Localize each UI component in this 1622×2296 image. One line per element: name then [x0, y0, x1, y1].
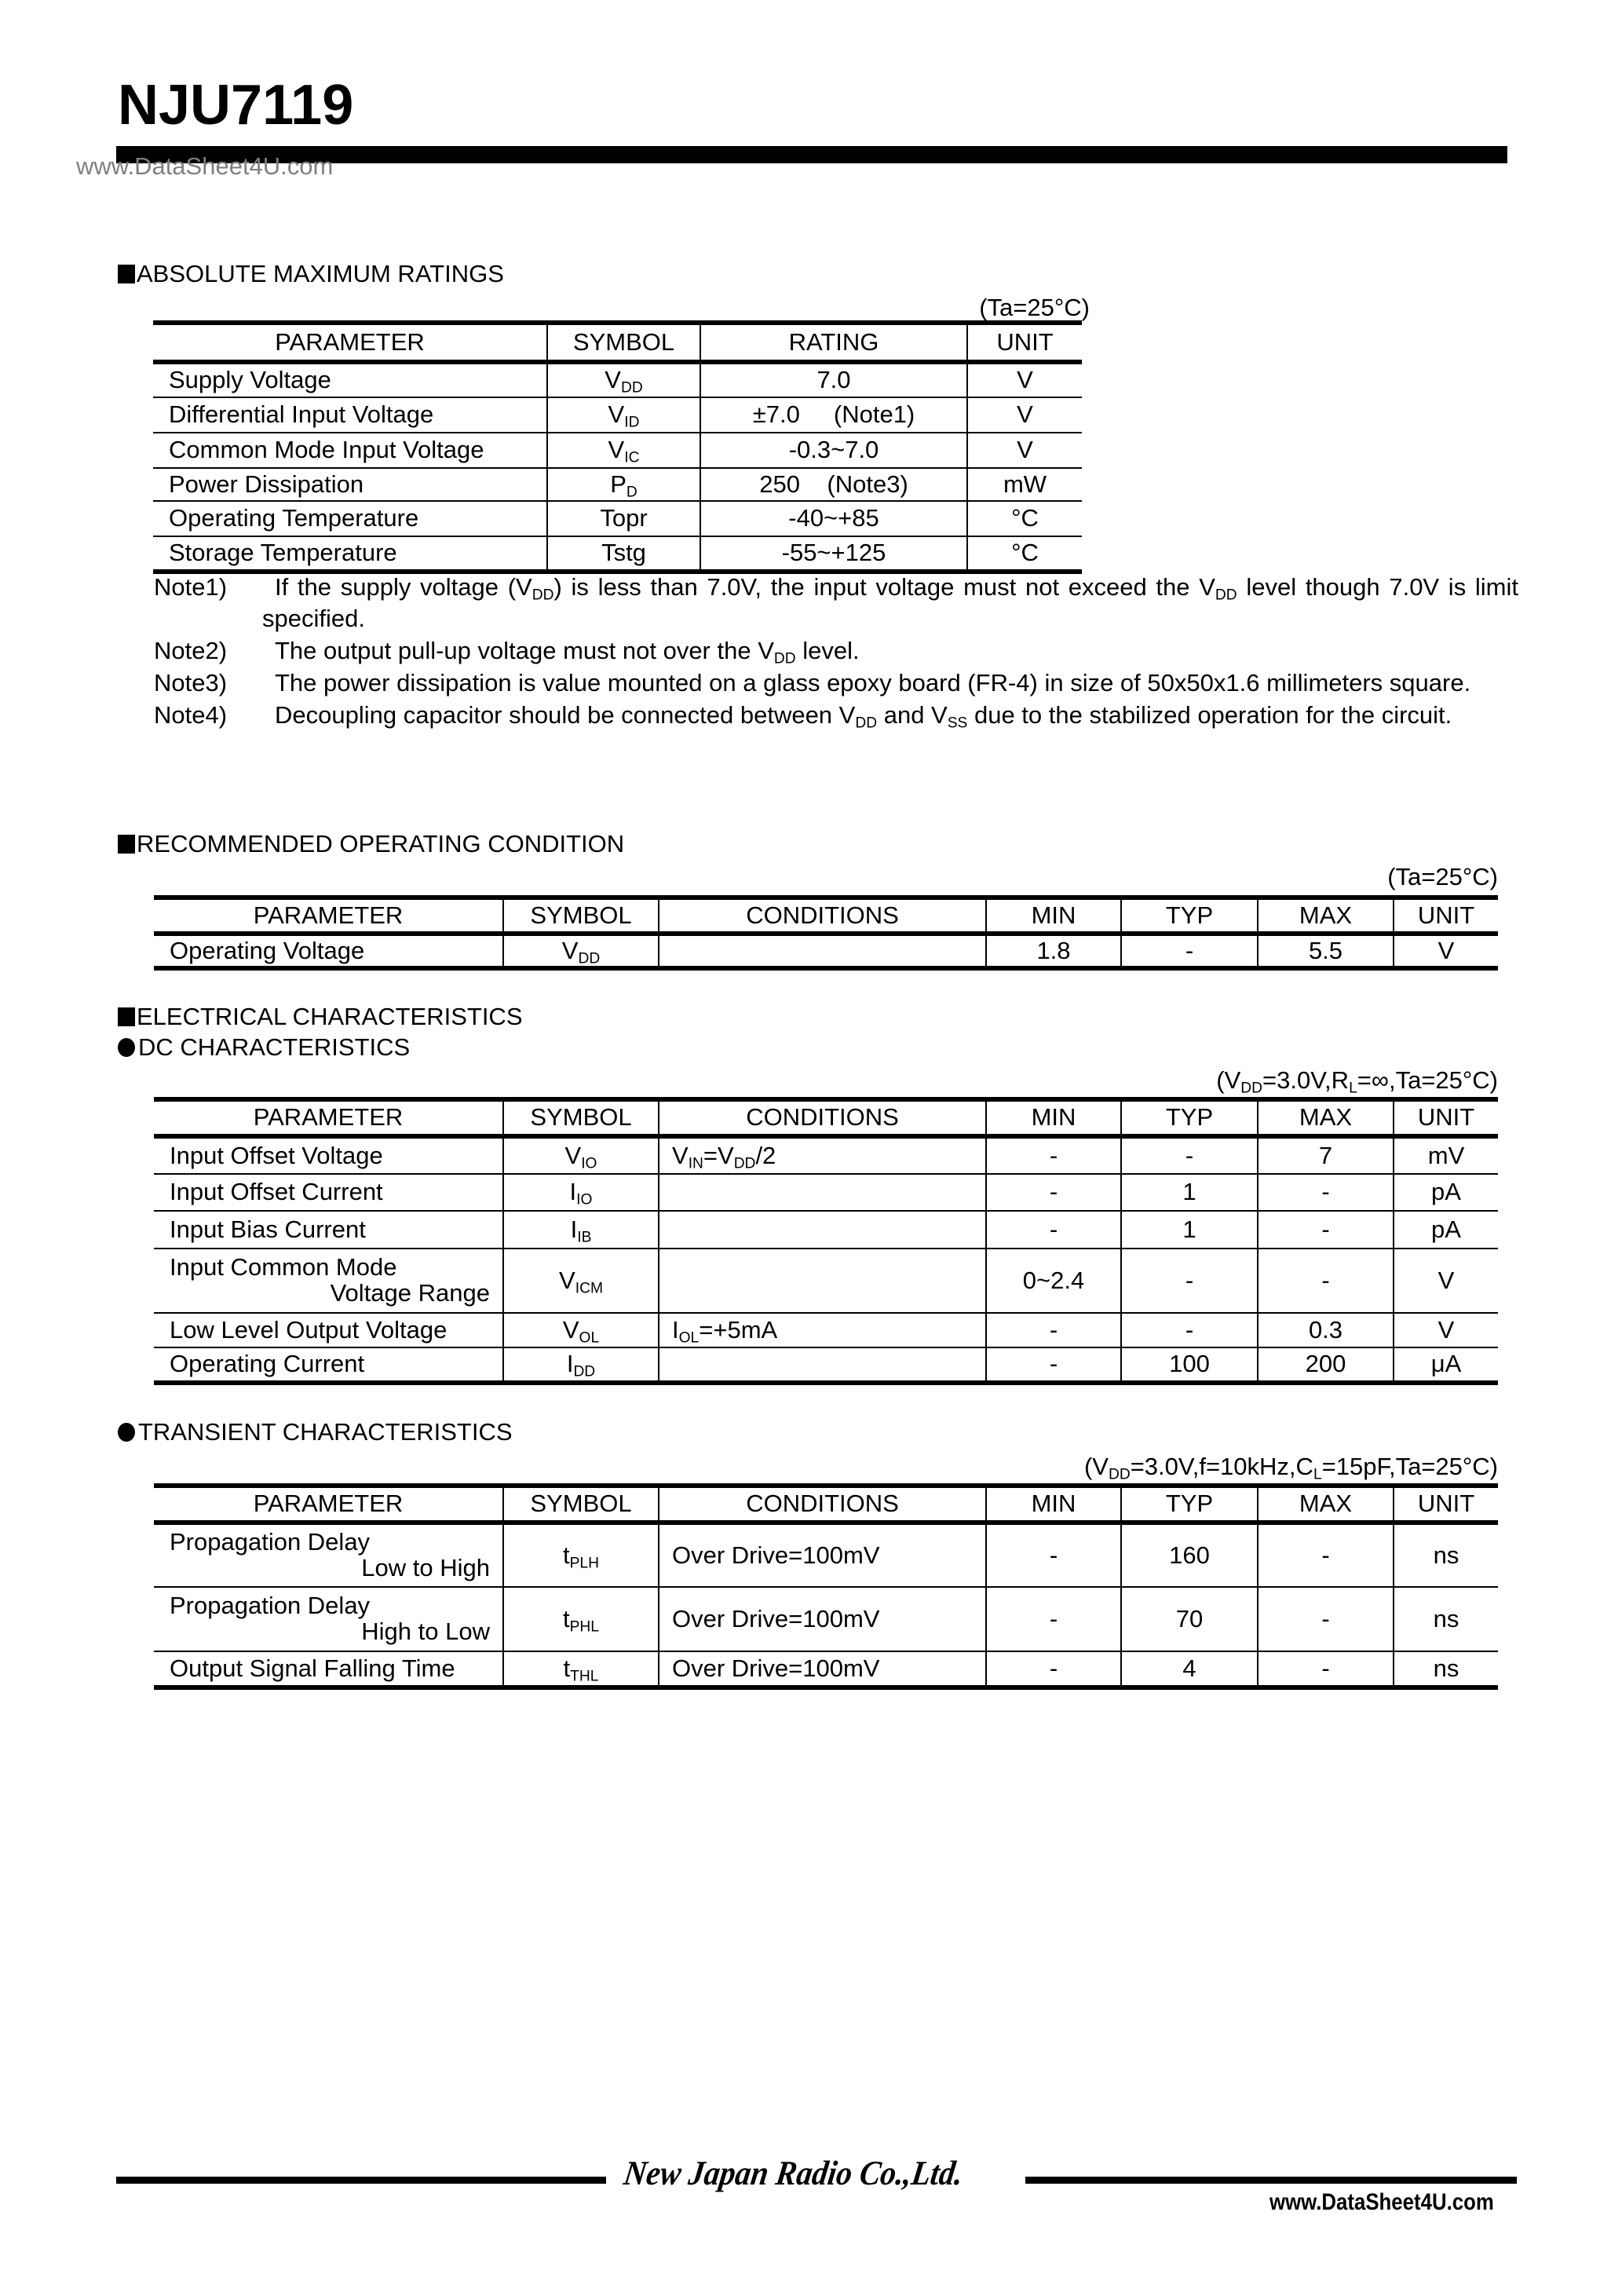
recommended-operating-table: PARAMETERSYMBOLCONDITIONSMINTYPMAXUNIT O… — [154, 895, 1498, 971]
unit-cell: V — [1394, 934, 1498, 968]
note-item: Note3)The power dissipation is value mou… — [154, 667, 1518, 699]
typ-cell: 100 — [1121, 1347, 1258, 1383]
column-header: CONDITIONS — [659, 1486, 986, 1523]
parameter-line: Input Common Mode — [170, 1255, 502, 1281]
section-heading-text: ELECTRICAL CHARACTERISTICS — [137, 1003, 523, 1030]
absolute-max-ratings-table: PARAMETERSYMBOLRATINGUNIT Supply Voltage… — [153, 320, 1082, 574]
conditions-cell — [659, 934, 986, 968]
table-row: Input Common ModeVoltage RangeVICM0~2.4-… — [154, 1249, 1498, 1313]
section-heading-transient: TRANSIENT CHARACTERISTICS — [118, 1420, 513, 1444]
unit-cell: ns — [1394, 1523, 1498, 1587]
note-text: The power dissipation is value mounted o… — [262, 667, 1518, 699]
symbol-cell: VDD — [547, 362, 700, 397]
symbol-cell: IIO — [503, 1174, 659, 1211]
table-row: Power DissipationPD250 (Note3)mW — [153, 468, 1082, 501]
symbol-cell: VICM — [503, 1249, 659, 1313]
square-bullet-icon — [118, 835, 135, 854]
note-label: Note1) — [154, 572, 227, 603]
symbol-cell: VID — [547, 397, 700, 433]
note-label: Note3) — [154, 667, 227, 699]
column-header: RATING — [700, 323, 967, 362]
max-cell: - — [1258, 1249, 1394, 1313]
note-label: Note4) — [154, 700, 227, 731]
circle-bullet-icon — [118, 1423, 135, 1442]
watermark-link[interactable]: www.DataSheet4U.com — [76, 154, 333, 178]
symbol-cell: tPLH — [503, 1523, 659, 1587]
max-cell: 200 — [1258, 1347, 1394, 1383]
column-header: SYMBOL — [503, 1486, 659, 1523]
section-heading-text: RECOMMENDED OPERATING CONDITION — [137, 830, 624, 857]
column-header: PARAMETER — [154, 898, 503, 934]
typ-cell: - — [1121, 1313, 1258, 1347]
max-cell: 5.5 — [1258, 934, 1394, 968]
notes-block: Note1)If the supply voltage (VDD) is les… — [154, 572, 1518, 732]
min-cell: - — [986, 1347, 1121, 1383]
note-text: Decoupling capacitor should be connected… — [262, 700, 1518, 731]
note-item: Note2)The output pull-up voltage must no… — [154, 635, 1518, 667]
column-header: TYP — [1121, 1099, 1258, 1136]
conditions-cell: Over Drive=100mV — [659, 1651, 986, 1687]
parameter-cell: Supply Voltage — [153, 362, 547, 397]
symbol-cell: VDD — [503, 934, 659, 968]
section-heading-text: TRANSIENT CHARACTERISTICS — [138, 1418, 513, 1446]
table-condition: (Ta=25°C) — [1178, 865, 1498, 889]
conditions-cell — [659, 1347, 986, 1383]
table-row: Differential Input VoltageVID±7.0 (Note1… — [153, 397, 1082, 433]
section-heading-recommended: RECOMMENDED OPERATING CONDITION — [118, 832, 624, 856]
column-header: UNIT — [1394, 898, 1498, 934]
unit-cell: mW — [967, 468, 1082, 501]
typ-cell: 1 — [1121, 1211, 1258, 1249]
column-header: MIN — [986, 1099, 1121, 1136]
square-bullet-icon — [118, 1007, 135, 1026]
unit-cell: V — [967, 362, 1082, 397]
typ-cell: 4 — [1121, 1651, 1258, 1687]
parameter-cell: Operating Voltage — [154, 934, 503, 968]
parameter-cell: Common Mode Input Voltage — [153, 433, 547, 468]
table-row: Storage TemperatureTstg-55~+125°C — [153, 536, 1082, 572]
min-cell: - — [986, 1211, 1121, 1249]
conditions-cell: IOL=+5mA — [659, 1313, 986, 1347]
max-cell: 7 — [1258, 1136, 1394, 1174]
column-header: MAX — [1258, 1486, 1394, 1523]
conditions-cell — [659, 1211, 986, 1249]
unit-cell: mV — [1394, 1136, 1498, 1174]
table-header-row: PARAMETERSYMBOLRATINGUNIT — [153, 323, 1082, 362]
column-header: PARAMETER — [153, 323, 547, 362]
section-heading-text: DC CHARACTERISTICS — [138, 1033, 410, 1061]
min-cell: - — [986, 1174, 1121, 1211]
footer-rule-right — [1025, 2177, 1517, 2184]
table-condition: (VDD=3.0V,RL=∞,Ta=25°C) — [1021, 1068, 1498, 1092]
rating-cell: -0.3~7.0 — [700, 433, 967, 468]
unit-cell: V — [1394, 1249, 1498, 1313]
typ-cell: - — [1121, 934, 1258, 968]
table-row: Propagation DelayHigh to LowtPHLOver Dri… — [154, 1587, 1498, 1651]
table-row: Output Signal Falling TimetTHLOver Drive… — [154, 1651, 1498, 1687]
column-header: UNIT — [1394, 1099, 1498, 1136]
symbol-cell: PD — [547, 468, 700, 501]
parameter-cell: Propagation DelayHigh to Low — [154, 1587, 503, 1651]
transient-characteristics-table: PARAMETERSYMBOLCONDITIONSMINTYPMAXUNIT P… — [154, 1483, 1498, 1690]
table-row: Input Offset VoltageVIOVIN=VDD/2--7mV — [154, 1136, 1498, 1174]
column-header: CONDITIONS — [659, 898, 986, 934]
column-header: CONDITIONS — [659, 1099, 986, 1136]
parameter-cell: Input Offset Current — [154, 1174, 503, 1211]
footer-url-link[interactable]: www.DataSheet4U.com — [1269, 2191, 1494, 2214]
parameter-cell: Low Level Output Voltage — [154, 1313, 503, 1347]
section-heading-dc: DC CHARACTERISTICS — [118, 1035, 410, 1059]
typ-cell: - — [1121, 1136, 1258, 1174]
min-cell: - — [986, 1651, 1121, 1687]
column-header: MIN — [986, 898, 1121, 934]
conditions-cell: Over Drive=100mV — [659, 1587, 986, 1651]
table-header-row: PARAMETERSYMBOLCONDITIONSMINTYPMAXUNIT — [154, 898, 1498, 934]
note-item: Note4)Decoupling capacitor should be con… — [154, 700, 1518, 731]
max-cell: - — [1258, 1587, 1394, 1651]
symbol-cell: IIB — [503, 1211, 659, 1249]
max-cell: - — [1258, 1523, 1394, 1587]
table-condition: (Ta=25°C) — [785, 295, 1090, 320]
table-row: Operating VoltageVDD1.8-5.5V — [154, 934, 1498, 968]
column-header: UNIT — [967, 323, 1082, 362]
rating-cell: -55~+125 — [700, 536, 967, 572]
parameter-cell: Input Bias Current — [154, 1211, 503, 1249]
column-header: MIN — [986, 1486, 1121, 1523]
column-header: SYMBOL — [503, 1099, 659, 1136]
min-cell: - — [986, 1136, 1121, 1174]
symbol-cell: VOL — [503, 1313, 659, 1347]
document-title: NJU7119 — [118, 77, 353, 133]
unit-cell: V — [967, 433, 1082, 468]
parameter-cell: Output Signal Falling Time — [154, 1651, 503, 1687]
square-bullet-icon — [118, 265, 135, 283]
dc-characteristics-table: PARAMETERSYMBOLCONDITIONSMINTYPMAXUNIT I… — [154, 1097, 1498, 1385]
parameter-line: Voltage Range — [170, 1281, 502, 1307]
table-row: Low Level Output VoltageVOLIOL=+5mA--0.3… — [154, 1313, 1498, 1347]
unit-cell: μA — [1394, 1347, 1498, 1383]
column-header: UNIT — [1394, 1486, 1498, 1523]
symbol-cell: VIO — [503, 1136, 659, 1174]
note-text: The output pull-up voltage must not over… — [262, 635, 1518, 667]
parameter-cell: Storage Temperature — [153, 536, 547, 572]
table-header-row: PARAMETERSYMBOLCONDITIONSMINTYPMAXUNIT — [154, 1099, 1498, 1136]
symbol-cell: IDD — [503, 1347, 659, 1383]
column-header: MAX — [1258, 1099, 1394, 1136]
symbol-cell: VIC — [547, 433, 700, 468]
parameter-line: Low to High — [170, 1556, 502, 1581]
min-cell: 0~2.4 — [986, 1249, 1121, 1313]
min-cell: - — [986, 1587, 1121, 1651]
column-header: SYMBOL — [503, 898, 659, 934]
typ-cell: 70 — [1121, 1587, 1258, 1651]
unit-cell: pA — [1394, 1174, 1498, 1211]
unit-cell: V — [1394, 1313, 1498, 1347]
typ-cell: 1 — [1121, 1174, 1258, 1211]
parameter-line: High to Low — [170, 1619, 502, 1645]
max-cell: 0.3 — [1258, 1313, 1394, 1347]
conditions-cell — [659, 1249, 986, 1313]
parameter-cell: Differential Input Voltage — [153, 397, 547, 433]
table-condition: (VDD=3.0V,f=10kHz,CL=15pF,Ta=25°C) — [864, 1454, 1498, 1479]
note-label: Note2) — [154, 635, 227, 667]
conditions-cell: Over Drive=100mV — [659, 1523, 986, 1587]
rating-cell: 7.0 — [700, 362, 967, 397]
conditions-cell: VIN=VDD/2 — [659, 1136, 986, 1174]
unit-cell: °C — [967, 501, 1082, 536]
symbol-cell: tTHL — [503, 1651, 659, 1687]
column-header: SYMBOL — [547, 323, 700, 362]
section-heading-absolute-max: ABSOLUTE MAXIMUM RATINGS — [118, 261, 504, 286]
parameter-cell: Propagation DelayLow to High — [154, 1523, 503, 1587]
unit-cell: °C — [967, 536, 1082, 572]
table-row: Propagation DelayLow to HightPLHOver Dri… — [154, 1523, 1498, 1587]
max-cell: - — [1258, 1174, 1394, 1211]
unit-cell: ns — [1394, 1587, 1498, 1651]
parameter-line: Propagation Delay — [170, 1593, 502, 1619]
footer-rule-left — [116, 2177, 606, 2184]
parameter-cell: Operating Current — [154, 1347, 503, 1383]
rating-cell: -40~+85 — [700, 501, 967, 536]
parameter-line: Propagation Delay — [170, 1530, 502, 1556]
section-heading-electrical: ELECTRICAL CHARACTERISTICS — [118, 1004, 523, 1029]
parameter-cell: Power Dissipation — [153, 468, 547, 501]
table-row: Input Offset CurrentIIO-1-pA — [154, 1174, 1498, 1211]
section-heading-text: ABSOLUTE MAXIMUM RATINGS — [137, 260, 504, 287]
column-header: PARAMETER — [154, 1486, 503, 1523]
max-cell: - — [1258, 1651, 1394, 1687]
table-header-row: PARAMETERSYMBOLCONDITIONSMINTYPMAXUNIT — [154, 1486, 1498, 1523]
max-cell: - — [1258, 1211, 1394, 1249]
parameter-cell: Operating Temperature — [153, 501, 547, 536]
unit-cell: ns — [1394, 1651, 1498, 1687]
column-header: TYP — [1121, 898, 1258, 934]
column-header: TYP — [1121, 1486, 1258, 1523]
table-row: Supply VoltageVDD7.0V — [153, 362, 1082, 397]
rating-cell: 250 (Note3) — [700, 468, 967, 501]
company-logo: New Japan Radio Co.,Ltd. — [622, 2156, 965, 2191]
typ-cell: - — [1121, 1249, 1258, 1313]
note-item: Note1)If the supply voltage (VDD) is les… — [154, 572, 1518, 634]
symbol-cell: Tstg — [547, 536, 700, 572]
circle-bullet-icon — [118, 1038, 135, 1057]
unit-cell: V — [967, 397, 1082, 433]
table-row: Operating CurrentIDD-100200μA — [154, 1347, 1498, 1383]
symbol-cell: Topr — [547, 501, 700, 536]
column-header: PARAMETER — [154, 1099, 503, 1136]
parameter-cell: Input Offset Voltage — [154, 1136, 503, 1174]
min-cell: - — [986, 1523, 1121, 1587]
table-row: Input Bias CurrentIIB-1-pA — [154, 1211, 1498, 1249]
min-cell: 1.8 — [986, 934, 1121, 968]
symbol-cell: tPHL — [503, 1587, 659, 1651]
min-cell: - — [986, 1313, 1121, 1347]
unit-cell: pA — [1394, 1211, 1498, 1249]
typ-cell: 160 — [1121, 1523, 1258, 1587]
table-row: Common Mode Input VoltageVIC-0.3~7.0V — [153, 433, 1082, 468]
parameter-cell: Input Common ModeVoltage Range — [154, 1249, 503, 1313]
note-text: If the supply voltage (VDD) is less than… — [262, 572, 1518, 634]
rating-cell: ±7.0 (Note1) — [700, 397, 967, 433]
conditions-cell — [659, 1174, 986, 1211]
column-header: MAX — [1258, 898, 1394, 934]
table-row: Operating TemperatureTopr-40~+85°C — [153, 501, 1082, 536]
